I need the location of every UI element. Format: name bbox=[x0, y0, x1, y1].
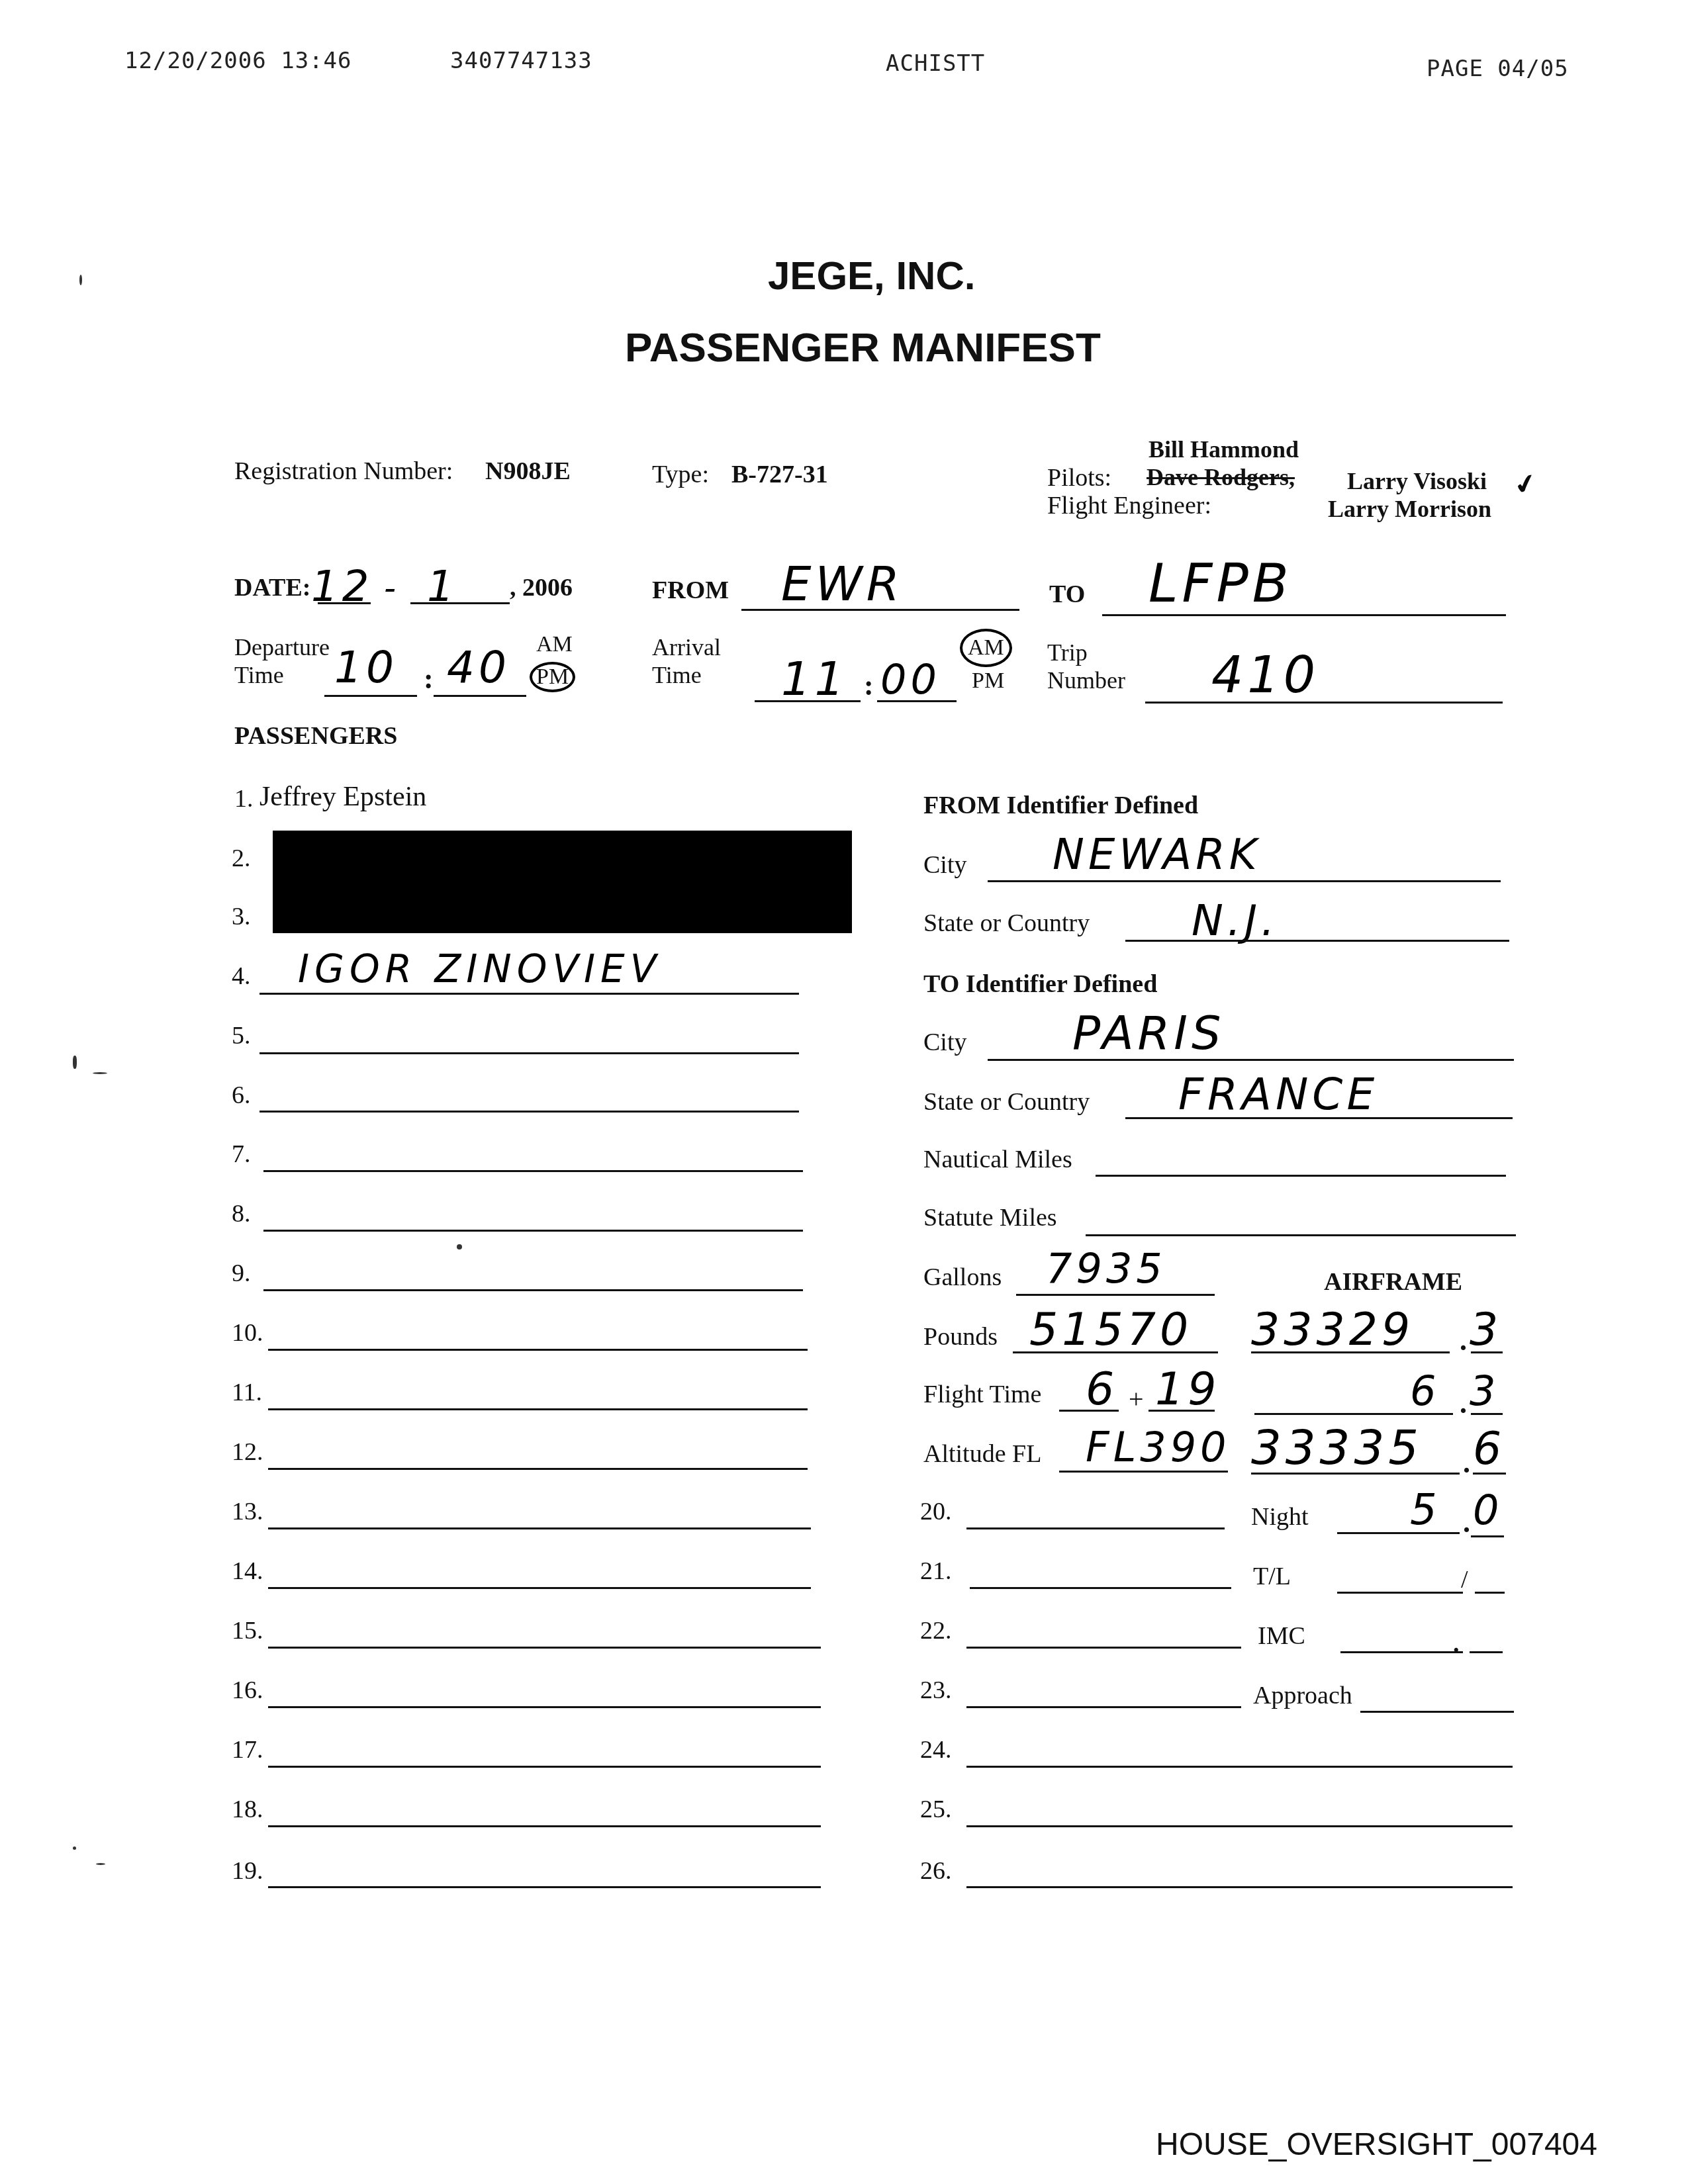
nautical-miles-label: Nautical Miles bbox=[923, 1145, 1072, 1174]
date-separator: - bbox=[384, 569, 400, 608]
nautical-miles-field[interactable] bbox=[1096, 1175, 1506, 1177]
passenger-blank-line[interactable] bbox=[268, 1766, 821, 1768]
departure-minute: 40 bbox=[447, 642, 510, 693]
from-state-value[interactable]: N.J. bbox=[1192, 897, 1278, 946]
scan-artifact bbox=[73, 1846, 76, 1850]
trip-number-label: Trip Number bbox=[1047, 639, 1125, 694]
departure-colon: : bbox=[424, 662, 434, 696]
passenger-blank-line[interactable] bbox=[268, 1408, 808, 1410]
passenger-number: 26. bbox=[920, 1856, 952, 1886]
altitude-label: Altitude FL bbox=[923, 1439, 1041, 1469]
passenger-number: 3. bbox=[232, 902, 251, 931]
altitude-value[interactable]: FL390 bbox=[1086, 1423, 1231, 1471]
passenger-number: 21. bbox=[920, 1557, 952, 1586]
statute-miles-field[interactable] bbox=[1086, 1234, 1516, 1236]
pilot-struck: Dave Rodgers, bbox=[1147, 463, 1295, 491]
departure-label: Departure Time bbox=[234, 633, 330, 689]
tl-field-left[interactable] bbox=[1337, 1592, 1463, 1594]
passenger-number: 10. bbox=[232, 1318, 263, 1347]
passenger-number: 7. bbox=[232, 1140, 251, 1169]
passenger-blank-line[interactable] bbox=[268, 1468, 808, 1470]
approach-field[interactable] bbox=[1360, 1711, 1514, 1713]
passenger-number: 23. bbox=[920, 1676, 952, 1705]
arrival-pm-option[interactable]: PM bbox=[972, 668, 1004, 694]
passenger-number: 13. bbox=[232, 1497, 263, 1526]
flight-time-label: Flight Time bbox=[923, 1380, 1041, 1409]
night-tenth[interactable]: 0 bbox=[1473, 1486, 1503, 1534]
passenger-number: 16. bbox=[232, 1676, 263, 1705]
flight-engineer-label: Flight Engineer: bbox=[1047, 491, 1211, 520]
type-value: B-727-31 bbox=[731, 460, 828, 489]
passenger-blank-line[interactable] bbox=[966, 1647, 1241, 1649]
fax-phone: 3407747133 bbox=[450, 48, 592, 74]
passenger-number: 1. bbox=[234, 784, 254, 813]
passenger-number: 18. bbox=[232, 1795, 263, 1824]
to-city-value[interactable]: PARIS bbox=[1072, 1006, 1225, 1060]
passenger-blank-line[interactable] bbox=[263, 1170, 803, 1172]
passenger-number: 4. bbox=[232, 962, 251, 991]
airframe-flight-tenth[interactable]: 3 bbox=[1470, 1367, 1499, 1415]
passenger-name[interactable]: Jeffrey Epstein bbox=[259, 781, 426, 813]
to-label: TO bbox=[1049, 580, 1085, 609]
airframe-flight-decimal: . bbox=[1460, 1387, 1467, 1420]
pounds-label: Pounds bbox=[923, 1322, 998, 1351]
tl-separator: / bbox=[1461, 1565, 1468, 1594]
scan-artifact bbox=[73, 1056, 77, 1069]
type-label: Type: bbox=[652, 460, 709, 489]
airframe-end-decimal: . bbox=[1463, 1446, 1470, 1480]
fax-datetime: 12/20/2006 13:46 bbox=[124, 48, 352, 74]
from-label: FROM bbox=[652, 576, 729, 605]
passenger-blank-line[interactable] bbox=[966, 1886, 1513, 1888]
trip-number-value: 410 bbox=[1211, 645, 1319, 704]
to-value: LFPB bbox=[1149, 553, 1293, 614]
passenger-number: 25. bbox=[920, 1795, 952, 1824]
flight-engineer-value: Larry Morrison bbox=[1328, 495, 1491, 523]
night-label: Night bbox=[1251, 1502, 1309, 1531]
passenger-number: 24. bbox=[920, 1735, 952, 1764]
passenger-blank-line[interactable] bbox=[263, 1230, 803, 1232]
night-whole[interactable]: 5 bbox=[1410, 1486, 1441, 1535]
page-title: PASSENGER MANIFEST bbox=[625, 324, 1101, 371]
airframe-end-tenth[interactable]: 6 bbox=[1473, 1423, 1505, 1475]
airframe-start-value[interactable]: 33329 bbox=[1251, 1304, 1414, 1356]
passenger-number: 9. bbox=[232, 1259, 251, 1288]
from-identifier-heading: FROM Identifier Defined bbox=[923, 791, 1198, 820]
night-decimal: . bbox=[1463, 1506, 1470, 1539]
arrival-minute: 00 bbox=[880, 655, 941, 704]
airframe-start-decimal: . bbox=[1460, 1324, 1467, 1357]
flight-time-plus: + bbox=[1129, 1383, 1144, 1414]
from-city-label: City bbox=[923, 850, 966, 880]
registration-value: N908JE bbox=[485, 457, 571, 486]
imc-separator: . bbox=[1453, 1629, 1460, 1659]
arrival-am-option-selected[interactable]: AM bbox=[960, 629, 1012, 667]
passenger-blank-line[interactable] bbox=[970, 1587, 1231, 1589]
passenger-number: 17. bbox=[232, 1735, 263, 1764]
arrival-label: Arrival Time bbox=[652, 633, 721, 689]
scan-artifact bbox=[93, 1072, 107, 1074]
redaction-box bbox=[273, 831, 852, 933]
passenger-blank-line[interactable] bbox=[263, 1289, 803, 1291]
tl-field-right[interactable] bbox=[1475, 1592, 1505, 1594]
airframe-start-tenth[interactable]: 3 bbox=[1470, 1304, 1502, 1356]
from-value: EWR bbox=[781, 556, 904, 612]
scan-artifact bbox=[457, 1244, 462, 1250]
arrival-colon: : bbox=[864, 668, 874, 702]
statute-miles-label: Statute Miles bbox=[923, 1203, 1057, 1232]
passenger-blank-line[interactable] bbox=[259, 1111, 799, 1113]
gallons-label: Gallons bbox=[923, 1263, 1002, 1292]
airframe-end-value[interactable]: 33335 bbox=[1251, 1420, 1423, 1475]
passenger-blank-line[interactable] bbox=[268, 1647, 821, 1649]
imc-field-left[interactable] bbox=[1340, 1651, 1463, 1653]
bates-number: HOUSE_OVERSIGHT_007404 bbox=[1156, 2126, 1597, 2163]
departure-am-option[interactable]: AM bbox=[536, 632, 573, 657]
passenger-blank-line[interactable] bbox=[966, 1766, 1513, 1768]
tl-label: T/L bbox=[1253, 1562, 1291, 1591]
date-year: , 2006 bbox=[510, 573, 573, 602]
fax-page: PAGE 04/05 bbox=[1427, 56, 1569, 82]
passenger-blank-line[interactable] bbox=[268, 1587, 811, 1589]
to-state-label: State or Country bbox=[923, 1087, 1090, 1116]
passenger-blank-line[interactable] bbox=[966, 1825, 1513, 1827]
checkmark-icon: ✔ bbox=[1511, 466, 1540, 502]
passenger-blank-line[interactable] bbox=[268, 1886, 821, 1888]
passenger-number: 22. bbox=[920, 1616, 952, 1645]
passenger-number: 14. bbox=[232, 1557, 263, 1586]
passenger-number: 2. bbox=[232, 844, 251, 873]
departure-hour: 10 bbox=[334, 642, 398, 693]
date-label: DATE: bbox=[234, 573, 310, 602]
passengers-heading: PASSENGERS bbox=[234, 721, 397, 751]
from-city-value[interactable]: NEWARK bbox=[1053, 831, 1261, 880]
airframe-flight-value[interactable]: 6 bbox=[1410, 1367, 1440, 1415]
passenger-name[interactable]: IGOR ZINOVIEV bbox=[298, 946, 661, 991]
passenger-number: 19. bbox=[232, 1856, 263, 1886]
flight-time-hours[interactable]: 6 bbox=[1086, 1363, 1118, 1416]
passenger-blank-line[interactable] bbox=[268, 1825, 821, 1827]
fax-sender: ACHISTT bbox=[886, 50, 985, 77]
airframe-heading: AIRFRAME bbox=[1324, 1267, 1462, 1297]
passenger-number: 20. bbox=[920, 1497, 952, 1526]
flight-time-minutes[interactable]: 19 bbox=[1155, 1363, 1221, 1416]
passenger-number: 12. bbox=[232, 1437, 263, 1467]
to-city-label: City bbox=[923, 1028, 966, 1057]
scan-artifact bbox=[96, 1863, 105, 1865]
arrival-hour: 11 bbox=[781, 652, 848, 706]
passenger-blank-line[interactable] bbox=[966, 1527, 1225, 1529]
passenger-blank-line[interactable] bbox=[268, 1527, 811, 1529]
pilots-label: Pilots: bbox=[1047, 463, 1111, 492]
approach-label: Approach bbox=[1253, 1681, 1352, 1710]
passenger-blank-line[interactable] bbox=[268, 1706, 821, 1708]
from-state-label: State or Country bbox=[923, 909, 1090, 938]
company-name: JEGE, INC. bbox=[768, 253, 975, 298]
to-state-value[interactable]: FRANCE bbox=[1178, 1069, 1378, 1120]
registration-label: Registration Number: bbox=[234, 457, 453, 486]
passenger-blank-line[interactable] bbox=[268, 1349, 808, 1351]
imc-field-right[interactable] bbox=[1470, 1651, 1503, 1653]
passenger-blank-line[interactable] bbox=[259, 1052, 799, 1054]
pounds-value[interactable]: 51570 bbox=[1029, 1304, 1192, 1356]
imc-label: IMC bbox=[1258, 1621, 1305, 1651]
pilot-2: Larry Visoski bbox=[1347, 467, 1487, 495]
passenger-number: 8. bbox=[232, 1199, 251, 1228]
scan-artifact bbox=[79, 275, 82, 285]
to-identifier-heading: TO Identifier Defined bbox=[923, 970, 1157, 999]
passenger-blank-line[interactable] bbox=[966, 1706, 1241, 1708]
departure-pm-option-selected[interactable]: PM bbox=[530, 662, 575, 692]
passenger-number: 11. bbox=[232, 1378, 262, 1407]
passenger-number: 6. bbox=[232, 1081, 251, 1110]
pilot-added: Bill Hammond bbox=[1149, 435, 1299, 463]
passenger-number: 5. bbox=[232, 1021, 251, 1050]
passenger-number: 15. bbox=[232, 1616, 263, 1645]
gallons-value[interactable]: 7935 bbox=[1046, 1244, 1166, 1293]
